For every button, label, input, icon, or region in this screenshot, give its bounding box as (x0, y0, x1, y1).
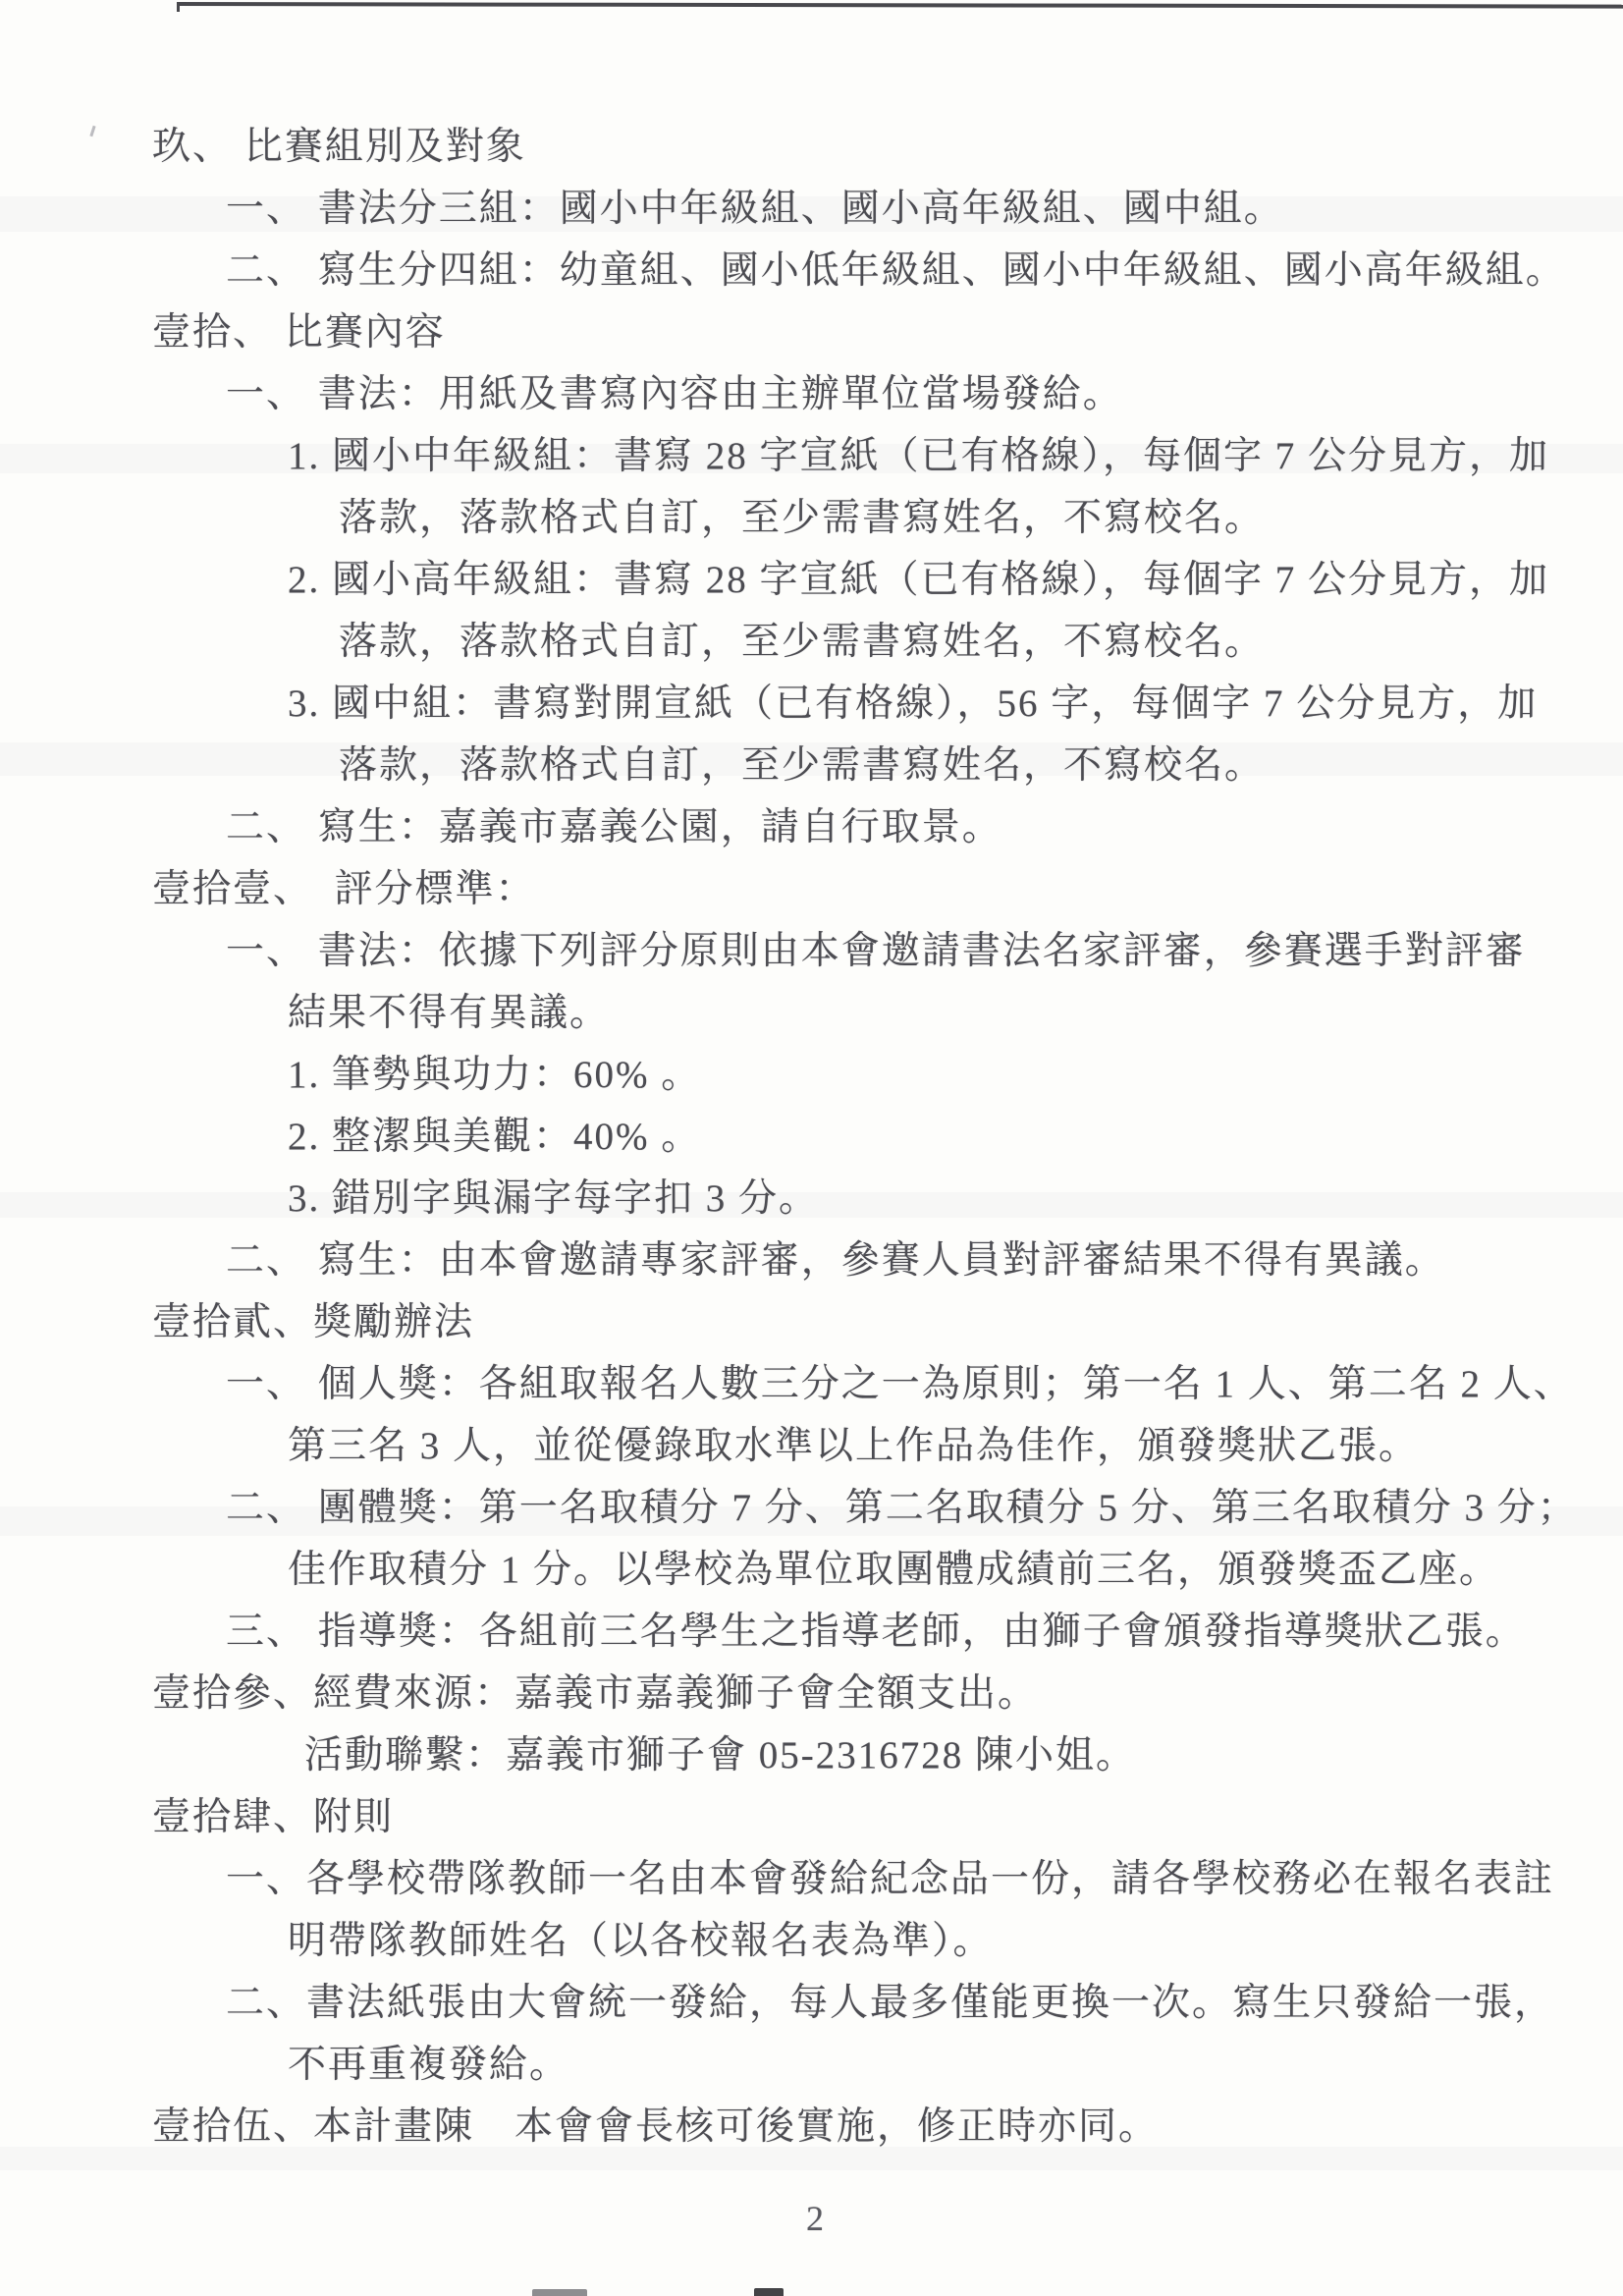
doc-line: 明帶隊教師姓名（以各校報名表為準）。 (0, 1910, 1623, 1972)
doc-line: 第三名 3 人，並從優錄取水準以上作品為佳作，頒發獎狀乙張。 (0, 1415, 1623, 1477)
doc-line: 壹拾貳、獎勵辦法 (0, 1291, 1623, 1353)
doc-line: 一、 個人獎：各組取報名人數三分之一為原則；第一名 1 人、第二名 2 人、 (0, 1353, 1623, 1415)
doc-line: 一、 書法：依據下列評分原則由本會邀請書法名家評審，參賽選手對評審 (0, 920, 1623, 982)
doc-line: 結果不得有異議。 (0, 982, 1623, 1044)
doc-line: 二、 寫生分四組：幼童組、國小低年級組、國小中年級組、國小高年級組。 (0, 240, 1623, 301)
doc-line: 1. 國小中年級組：書寫 28 字宣紙（已有格線），每個字 7 公分見方，加 (0, 425, 1623, 487)
doc-line: 活動聯繫：嘉義市獅子會 05-2316728 陳小姐。 (0, 1724, 1623, 1786)
doc-line: 佳作取積分 1 分。以學校為單位取團體成績前三名，頒發獎盃乙座。 (0, 1539, 1623, 1601)
doc-line: 一、各學校帶隊教師一名由本會發給紀念品一份，請各學校務必在報名表註 (0, 1848, 1623, 1910)
scan-artifact-smudge (754, 2288, 784, 2296)
doc-line: 壹拾肆、附則 (0, 1786, 1623, 1848)
doc-line: 落款，落款格式自訂，至少需書寫姓名，不寫校名。 (0, 735, 1623, 796)
doc-line: 3. 國中組：書寫對開宣紙（已有格線），56 字，每個字 7 公分見方，加 (0, 673, 1623, 735)
doc-line: 二、 寫生：嘉義市嘉義公園，請自行取景。 (0, 796, 1623, 858)
scan-artifact-top-line (177, 2, 1623, 9)
doc-line: 不再重複發給。 (0, 2034, 1623, 2096)
doc-line: 二、 寫生：由本會邀請專家評審，參賽人員對評審結果不得有異議。 (0, 1230, 1623, 1291)
doc-line: 一、 書法分三組：國小中年級組、國小高年級組、國中組。 (0, 178, 1623, 240)
doc-line: 壹拾伍、本計畫陳 本會會長核可後實施，修正時亦同。 (0, 2096, 1623, 2158)
doc-line: 落款，落款格式自訂，至少需書寫姓名，不寫校名。 (0, 611, 1623, 673)
doc-line: 1. 筆勢與功力：60% 。 (0, 1044, 1623, 1106)
doc-line: 壹拾壹、 評分標準： (0, 858, 1623, 920)
page-number: 2 (0, 2198, 1623, 2239)
doc-line: 玖、 比賽組別及對象 (0, 116, 1623, 178)
doc-line: 三、 指導獎：各組前三名學生之指導老師，由獅子會頒發指導獎狀乙張。 (0, 1601, 1623, 1663)
doc-line: 2. 整潔與美觀：40% 。 (0, 1106, 1623, 1168)
scanned-document-page: 玖、 比賽組別及對象一、 書法分三組：國小中年級組、國小高年級組、國中組。二、 … (0, 0, 1623, 2296)
document-body: 玖、 比賽組別及對象一、 書法分三組：國小中年級組、國小高年級組、國中組。二、 … (0, 116, 1623, 2158)
doc-line: 3. 錯別字與漏字每字扣 3 分。 (0, 1168, 1623, 1230)
scan-artifact-smudge (532, 2289, 587, 2296)
doc-line: 壹拾、 比賽內容 (0, 301, 1623, 363)
doc-line: 二、 團體獎：第一名取積分 7 分、第二名取積分 5 分、第三名取積分 3 分； (0, 1477, 1623, 1539)
doc-line: 落款，落款格式自訂，至少需書寫姓名，不寫校名。 (0, 487, 1623, 549)
doc-line: 一、 書法：用紙及書寫內容由主辦單位當場發給。 (0, 363, 1623, 425)
scan-artifact-top-line-tick (177, 2, 180, 12)
doc-line: 2. 國小高年級組：書寫 28 字宣紙（已有格線），每個字 7 公分見方，加 (0, 549, 1623, 611)
doc-line: 二、書法紙張由大會統一發給，每人最多僅能更換一次。寫生只發給一張， (0, 1972, 1623, 2034)
doc-line: 壹拾參、經費來源：嘉義市嘉義獅子會全額支出。 (0, 1663, 1623, 1724)
